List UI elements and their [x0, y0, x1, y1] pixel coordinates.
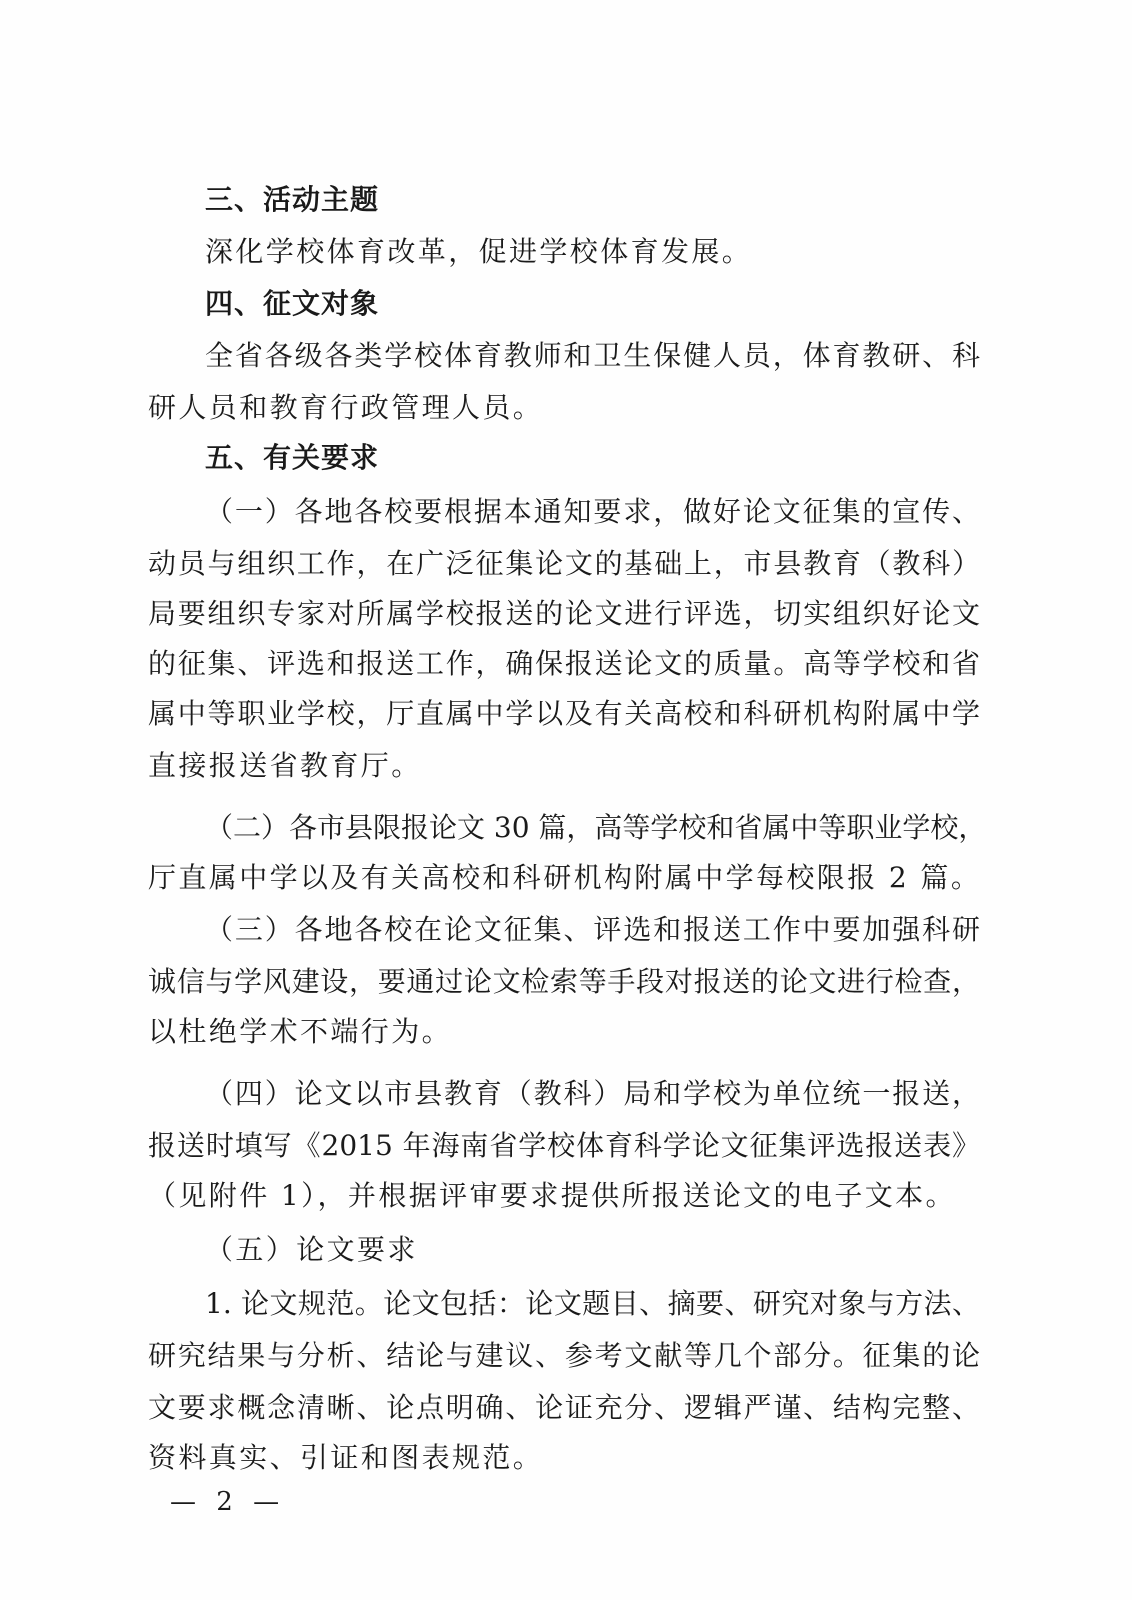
- paragraph-line: 直接报送省教育厅。: [148, 748, 1000, 784]
- paragraph-line: 以杜绝学术不端行为。: [148, 1014, 1000, 1050]
- paragraph-line: 的征集、评选和报送工作，确保报送论文的质量。高等学校和省: [148, 646, 980, 682]
- paragraph-line: 1. 论文规范。论文包括：论文题目、摘要、研究对象与方法、: [205, 1286, 980, 1322]
- paragraph-line: 动员与组织工作，在广泛征集论文的基础上，市县教育（教科）: [148, 546, 980, 582]
- paragraph-line: 文要求概念清晰、论点明确、论证充分、逻辑严谨、结构完整、: [148, 1390, 980, 1426]
- paragraph-line: 诚信与学风建设，要通过论文检索等手段对报送的论文进行检查，: [148, 964, 980, 1000]
- paragraph-line: 厅直属中学以及有关高校和科研机构附属中学每校限报 2 篇。: [148, 860, 1000, 896]
- section-heading-requirements: 五、有关要求: [205, 440, 1057, 476]
- paragraph-line: 全省各级各类学校体育教师和卫生保健人员，体育教研、科: [205, 338, 980, 374]
- section-heading-activity-theme: 三、活动主题: [205, 182, 1057, 218]
- paragraph-line: 局要组织专家对所属学校报送的论文进行评选，切实组织好论文: [148, 596, 980, 632]
- paragraph-line: 研人员和教育行政管理人员。: [148, 390, 1000, 426]
- paragraph-line: 属中等职业学校，厅直属中学以及有关高校和科研机构附属中学: [148, 696, 980, 732]
- page-number: — 2 —: [170, 1486, 285, 1518]
- paragraph-line: 资料真实、引证和图表规范。: [148, 1440, 1000, 1476]
- paragraph-line: （四）论文以市县教育（教科）局和学校为单位统一报送，: [205, 1076, 980, 1112]
- section-heading-essay-target: 四、征文对象: [205, 286, 1057, 322]
- paragraph-line: （一）各地各校要根据本通知要求，做好论文征集的宣传、: [205, 494, 980, 530]
- paragraph-line: （见附件 1），并根据评审要求提供所报送论文的电子文本。: [148, 1178, 1000, 1214]
- paragraph-line: 报送时填写《2015 年海南省学校体育科学论文征集评选报送表》: [148, 1128, 980, 1164]
- paragraph-line: （三）各地各校在论文征集、评选和报送工作中要加强科研: [205, 912, 980, 948]
- paragraph-line: （二）各市县限报论文 30 篇，高等学校和省属中等职业学校，: [205, 810, 980, 846]
- document-page: 三、活动主题 深化学校体育改革，促进学校体育发展。 四、征文对象 全省各级各类学…: [0, 0, 1132, 1600]
- paragraph-line: 研究结果与分析、结论与建议、参考文献等几个部分。征集的论: [148, 1338, 980, 1374]
- paragraph-line: （五）论文要求: [205, 1232, 1057, 1268]
- paragraph-line: 深化学校体育改革，促进学校体育发展。: [205, 234, 1057, 270]
